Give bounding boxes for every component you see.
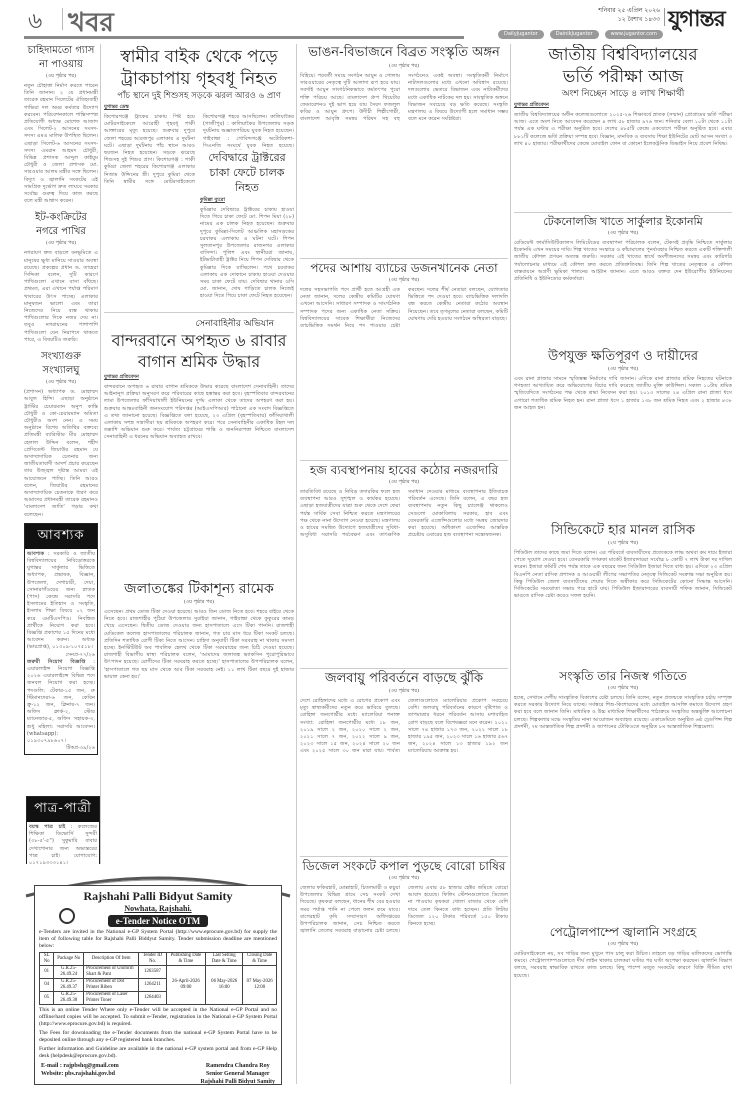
article-diesel: ডিজেল সংকটে কপাল পুড়ছে বোরো চাষির (৩য় … <box>300 858 508 1088</box>
website-link[interactable]: www.jugantor.com <box>605 30 663 39</box>
continuation-note: (৩য় পৃষ্ঠার পর) <box>514 941 732 949</box>
headline[interactable]: জলাতঙ্কের টিকাশূন্য রামেক <box>104 580 294 598</box>
continuation-note: (৩য় পৃষ্ঠার পর) <box>24 240 98 248</box>
ad-paragraph: This is an online Tender Where only e-Te… <box>35 1007 281 1028</box>
continuation-note: (২য় পৃষ্ঠার পর) <box>514 540 732 548</box>
cell-package: G.R.25-26.49.24 <box>54 966 84 979</box>
article-body: কুমিল্লার দেবিদ্বারে ট্রাক্টরের চাকায় হ… <box>200 207 294 301</box>
headline[interactable]: জলবায়ু পরিবর্তনে বাড়ছে ঝুঁকি <box>300 670 508 687</box>
section-title: খবর <box>68 2 114 46</box>
ad-email[interactable]: E-mail : rajpbshq@gmail.com <box>41 1062 119 1070</box>
cell-publishing: 26-April-2026 09:00 <box>166 966 205 1005</box>
column-header: Publishing Date & Time <box>166 953 205 966</box>
article-body: বিহিয়ে। পরবর্তী সময়ে সংগঠন আয়ুন ও গোল… <box>300 73 508 256</box>
column-header: SL No <box>40 953 54 966</box>
headline[interactable]: ট্রাকচাপায় গৃহবধূ নিহত <box>104 68 294 90</box>
date-bangla: ১২ বৈশাখ ১৪৩৩ <box>540 15 660 24</box>
continuation-note: (৩য় পৃষ্ঠার পর) <box>104 599 294 607</box>
cell-sl: 05 <box>40 992 54 1005</box>
signatory-org: Rajshahi Palli Bidyut Samity <box>200 1078 275 1086</box>
classified-ref: সেনপ্র-৭৭/২৬ <box>27 652 95 659</box>
article-petrol: পেট্রোলপাম্পে জ্বালানি সংগ্রহে (৩য় পৃষ্… <box>514 924 732 1088</box>
article-culture: ভাঙন-বিভাজনে বিব্রত সংস্কৃতি অঙ্গন (৩য় … <box>300 44 508 256</box>
ad-intro: e-Tenders are invited in the National e-… <box>35 929 281 950</box>
article-body: বান্দরবানে অপহৃত ৬ রাবার বাগান শ্রমিককে … <box>104 384 294 442</box>
cell-description: Procurement of Dot Printer Riben <box>84 979 139 992</box>
headline[interactable]: ডিজেল সংকটে কপাল পুড়ছে বোরো চাষির <box>300 858 508 874</box>
headline[interactable]: টেকনোলজি খাতে সার্কুলার ইকোনমি <box>514 214 732 229</box>
headline[interactable]: উপযুক্ত ক্ষতিপূরণ ও দায়ীদের <box>514 348 732 365</box>
headline[interactable]: ভাঙন-বিভাজনে বিব্রত সংস্কৃতি অঙ্গন <box>300 44 508 62</box>
article-body: জেলার ফকিরহাট, মোল্লাহাট, চিতলমারী ও কচু… <box>300 885 508 1088</box>
byline: যুগান্তর প্রতিবেদন <box>514 102 732 110</box>
article-body: (প্রশাসন) অধ্যাপক ড. মোহাম্মদ আবুল হিন্দ… <box>24 389 98 519</box>
cell-package: G.R.25-26.49.38 <box>54 992 84 1005</box>
classified-header: পাত্র-পাত্রী <box>27 797 99 822</box>
headline[interactable]: দেবিদ্বারে ট্রাক্টরের চাকা ফেটে চালক নিহ… <box>200 150 294 195</box>
newspaper-logo[interactable]: যুগান্তর <box>668 2 725 39</box>
article-body: নতুন চৌহাত্তা নির্মাণ করতে পারেন তিনি জা… <box>24 83 98 205</box>
cell-package: G.R.25-26.49.37 <box>54 979 84 992</box>
cell-sl: 04 <box>40 979 54 992</box>
article-body: এসেছেন। প্রথম ডোজ টিকা দেওয়া হয়েছে। আর… <box>104 609 294 681</box>
divider <box>300 258 508 259</box>
column-header: Tender ID No. <box>139 953 167 966</box>
ad-contact: E-mail : rajpbshq@gmail.com Website: pbs… <box>41 1062 119 1086</box>
subheadline: পাঁচ স্থানে দুই শিশুসহ সড়কে ঝরল আরও ৬ প… <box>104 90 294 102</box>
classified-body: : এয়ারলাইন্স নিয়োগ বিজ্ঞপ্তি ২০২৬ এয়া… <box>27 659 95 744</box>
column-header: Package No <box>54 953 84 966</box>
headline[interactable]: সিন্ডিকেটে হার মানল রাসিক <box>514 522 732 539</box>
continuation-note: (৩য় পৃষ্ঠার পর) <box>300 688 508 696</box>
classified-wanted: আবশ্যক আবশ্যক : সরকারি ও জাতীয় বিশ্ববিদ… <box>24 523 98 756</box>
ad-notice-title: e-Tender Notice OTM <box>108 915 208 927</box>
cell-tender-id: 1263587 <box>139 966 167 979</box>
headline[interactable]: জাতীয় বিশ্ববিদ্যালয়ের <box>514 44 732 66</box>
article-body: হচ্ছে, সেখানে দেশীয় সাংস্কৃতিক বিকাশের … <box>514 695 732 731</box>
tender-table: SL No Package No Description Of Item Ten… <box>39 952 277 1005</box>
continuation-note: (৩য় পৃষ্ঠার পর) <box>24 379 98 387</box>
headline[interactable]: চাহিদামতো গ্যাস না পাওয়ায় <box>24 44 98 72</box>
classified-matrimony: পাত্র-পাত্রী বয়স্ক পাত্র চাই : কলেজের শ… <box>26 796 100 864</box>
date-block: শনিবার ২৫ এপ্রিল ২০২৬ ১২ বৈশাখ ১৪৩৩ <box>540 6 660 24</box>
ad-footer: E-mail : rajpbshq@gmail.com Website: pbs… <box>35 1062 281 1086</box>
ad-paragraph: The Fees for downloading the e-Tender do… <box>35 1030 281 1044</box>
byline: কুমিল্লা ব্যুরো <box>200 197 294 205</box>
classified-header: আবশ্যক <box>25 524 97 549</box>
cell-description: Procurement of Laser Printer Toner <box>84 992 139 1005</box>
cell-closing: 07 May-2026 12:00 <box>243 966 277 1005</box>
continuation-note: (৩য় পৃষ্ঠার পর) <box>300 875 508 883</box>
article-gas: চাহিদামতো গ্যাস না পাওয়ায় (৩য় পৃষ্ঠার… <box>24 44 98 205</box>
headline[interactable]: বান্দরবানে অপহৃত ৬ রাবার বাগান শ্রমিক উদ… <box>104 330 294 372</box>
social-links: DailyJugantor DainikJugantor www.juganto… <box>498 30 663 39</box>
column-rule <box>510 44 511 1084</box>
continuation-note: (৩য় পৃষ্ঠার পর) <box>24 73 98 81</box>
article-university: জাতীয় বিশ্ববিদ্যালয়ের ভর্তি পরীক্ষা আজ… <box>514 44 732 210</box>
org-logo-icon <box>59 908 75 924</box>
cell-last-selling: 06 May-2026 16:00 <box>206 966 243 1005</box>
classified-body: : কলেজের শিক্ষিকা ডিভোর্সি সুন্দরী (৩৮-৫… <box>29 824 97 864</box>
byline: যুগান্তর ডেস্ক <box>104 104 294 112</box>
cell-tender-id: 1264403 <box>139 992 167 1005</box>
continuation-note: (৩য় পৃষ্ঠার পর) <box>514 366 732 374</box>
article-minority: সংখ্যাগুরু সংখ্যালঘু (৩য় পৃষ্ঠার পর) (প… <box>24 350 98 519</box>
kicker: সেনাবাহিনীর অভিযান <box>104 318 294 330</box>
continuation-note: (৩য় পৃষ্ঠার পর) <box>300 277 508 285</box>
column-rule <box>100 44 101 864</box>
column-rule <box>296 44 297 1084</box>
article-body: রেডিয়েন্ট ফার্মাসিউটিক্যালস লিমিটেডের ব… <box>514 240 732 283</box>
divider <box>62 8 63 30</box>
article-tech: টেকনোলজি খাতে সার্কুলার ইকোনমি (৩য় পৃষ্… <box>514 214 732 344</box>
article-body: দলের সহসভাপতি পদে প্রার্থী হতে আগ্রহী এক… <box>300 287 508 458</box>
table-header-row: SL No Package No Description Of Item Ten… <box>40 953 277 966</box>
cell-sl: 01 <box>40 966 54 979</box>
article-body: জাতীয় বিশ্ববিদ্যালয়ের অধীন কলেজগুলোতে … <box>514 112 732 148</box>
divider <box>664 8 665 26</box>
classified-ref: টিকপ্র-৩৯/২৬ <box>27 745 95 752</box>
article-ncp: পদের আশায় ব্যাচের ডজনখানেক নেতা (৩য় পৃ… <box>300 260 508 458</box>
divider <box>104 312 294 313</box>
masthead: ৬ খবর শনিবার ২৫ এপ্রিল ২০২৬ ১২ বৈশাখ ১৪৩… <box>0 0 756 40</box>
ad-signatory: Ramendra Chandra Roy Senior General Mana… <box>200 1062 275 1086</box>
column-header: Last Selling Date & Time <box>206 953 243 966</box>
article-body: পিডিউল তাদের কাছে জমা দিতে বলেন। এর পরিব… <box>514 550 732 600</box>
article-hajj: হজ ব্যবস্থাপনায় হাবের কঠোর নজরদারি (৩য়… <box>300 462 508 666</box>
date-gregorian: শনিবার ২৫ এপ্রিল ২০২৬ <box>540 6 660 15</box>
table-row: 01 G.R.25-26.49.24 Procurement of Unifor… <box>40 966 277 979</box>
headline[interactable]: পেট্রোলপাম্পে জ্বালানি সংগ্রহে <box>514 924 732 940</box>
facebook-link[interactable]: DailyJugantor <box>498 30 544 39</box>
article-compensation: উপযুক্ত ক্ষতিপূরণ ও দায়ীদের (৩য় পৃষ্ঠা… <box>514 348 732 498</box>
ad-org-name: Rajshahi Palli Bidyut Samity <box>35 889 281 904</box>
continuation-note: (৩য় পৃষ্ঠার পর) <box>300 479 508 487</box>
byline: যুগান্তর প্রতিবেদন <box>104 374 294 382</box>
headline[interactable]: স্বামীর বাইক থেকে পড়ে <box>104 46 294 68</box>
article-body: দেশে রোহিঙ্গাদের মধ্যে এ রোগের প্রকোপ এব… <box>300 698 508 854</box>
article-body: তারতিবিধ রয়েছে ও নিবিড় তদারকির ফলে হজ … <box>300 489 508 666</box>
article-bird: ইট-কংক্রিটের নগরে পাখির (৩য় পৃষ্ঠার পর)… <box>24 211 98 344</box>
classified-body: : সরকারি ও জাতীয় বিশ্ববিদ্যালয়ের নিবিড… <box>27 551 95 651</box>
masthead-rule <box>24 36 464 39</box>
classified-item: বয়স্ক পাত্র চাই : কলেজের শিক্ষিকা ডিভোর… <box>27 822 99 864</box>
headline[interactable]: পদের আশায় ব্যাচের ডজনখানেক নেতা <box>300 260 508 276</box>
classified-box: পাত্র-পাত্রী বয়স্ক পাত্র চাই : কলেজের শ… <box>26 796 100 864</box>
divider <box>514 212 732 213</box>
article-body: এবং রানা প্লাজার সামনে স্মৃতিস্তম্ভ নির্… <box>514 376 732 412</box>
column-header: Description Of Item <box>84 953 139 966</box>
article-climate: জলবায়ু পরিবর্তনে বাড়ছে ঝুঁকি (৩য় পৃষ্… <box>300 670 508 854</box>
left-column: চাহিদামতো গ্যাস না পাওয়ায় (৩য় পৃষ্ঠার… <box>24 44 98 864</box>
headline[interactable]: হজ ব্যবস্থাপনায় হাবের কঠোর নজরদারি <box>300 462 508 478</box>
continuation-note: (৩য় পৃষ্ঠার পর) <box>300 63 508 71</box>
article-syndicate: সিন্ডিকেটে হার মানল রাসিক (২য় পৃষ্ঠার প… <box>514 522 732 662</box>
divider <box>300 460 508 461</box>
ad-website[interactable]: Website: pbs.rajshahi.gov.bd <box>41 1070 119 1078</box>
article-debidwar: দেবিদ্বারে ট্রাক্টরের চাকা ফেটে চালক নিহ… <box>200 150 294 310</box>
ad-paragraph: Further information and Guideline are av… <box>35 1046 281 1060</box>
headline[interactable]: সংখ্যাগুরু সংখ্যালঘু <box>24 350 98 378</box>
article-body: মোটরসাইকেলে নয়, সব গাড়ির জন্য মুখুনে প… <box>514 951 732 980</box>
article-army: সেনাবাহিনীর অভিযান বান্দরবানে অপহৃত ৬ রা… <box>104 318 294 498</box>
subheadline: অংশ নিচ্ছেন সাড়ে ৪ লাখ শিক্ষার্থী <box>514 88 732 100</box>
signatory-name: Ramendra Chandra Roy <box>200 1062 275 1070</box>
classified-title: বয়স্ক পাত্র চাই <box>29 824 65 830</box>
divider <box>300 856 508 857</box>
column-header: Closing Date & Time <box>243 953 277 966</box>
headline[interactable]: সংস্কৃতি তার নিজস্ব গতিতে <box>514 668 732 684</box>
article-body: নগরায়ণ দ্রুত বাড়লে বনভূমিতে এ মানুষের … <box>24 250 98 344</box>
headline[interactable]: ভর্তি পরীক্ষা আজ <box>514 66 732 88</box>
facebook-link-2[interactable]: DainikJugantor <box>550 30 599 39</box>
headline[interactable]: ইট-কংক্রিটের নগরে পাখির <box>24 211 98 239</box>
cell-tender-id: 1264211 <box>139 979 167 992</box>
classified-title: জরুরী নিয়োগ বিজ্ঞপ্তি <box>27 659 86 665</box>
article-rabies: জলাতঙ্কের টিকাশূন্য রামেক (৩য় পৃষ্ঠার প… <box>104 580 294 862</box>
cell-description: Procurement of Uniform Shart & Pant <box>84 966 139 979</box>
classified-title: আবশ্যক <box>27 551 44 557</box>
divider <box>300 668 508 669</box>
classified-item: আবশ্যক : সরকারি ও জাতীয় বিশ্ববিদ্যালয়ে… <box>25 549 97 755</box>
signatory-title: Senior General Manager <box>200 1070 275 1078</box>
continuation-note: (৩য় পৃষ্ঠার পর) <box>514 685 732 693</box>
article-culture-own: সংস্কৃতি তার নিজস্ব গতিতে (৩য় পৃষ্ঠার প… <box>514 668 732 898</box>
tender-advertisement: Rajshahi Palli Bidyut Samity Nowhata, Ra… <box>34 885 282 1085</box>
continuation-note: (৩য় পৃষ্ঠার পর) <box>514 230 732 238</box>
